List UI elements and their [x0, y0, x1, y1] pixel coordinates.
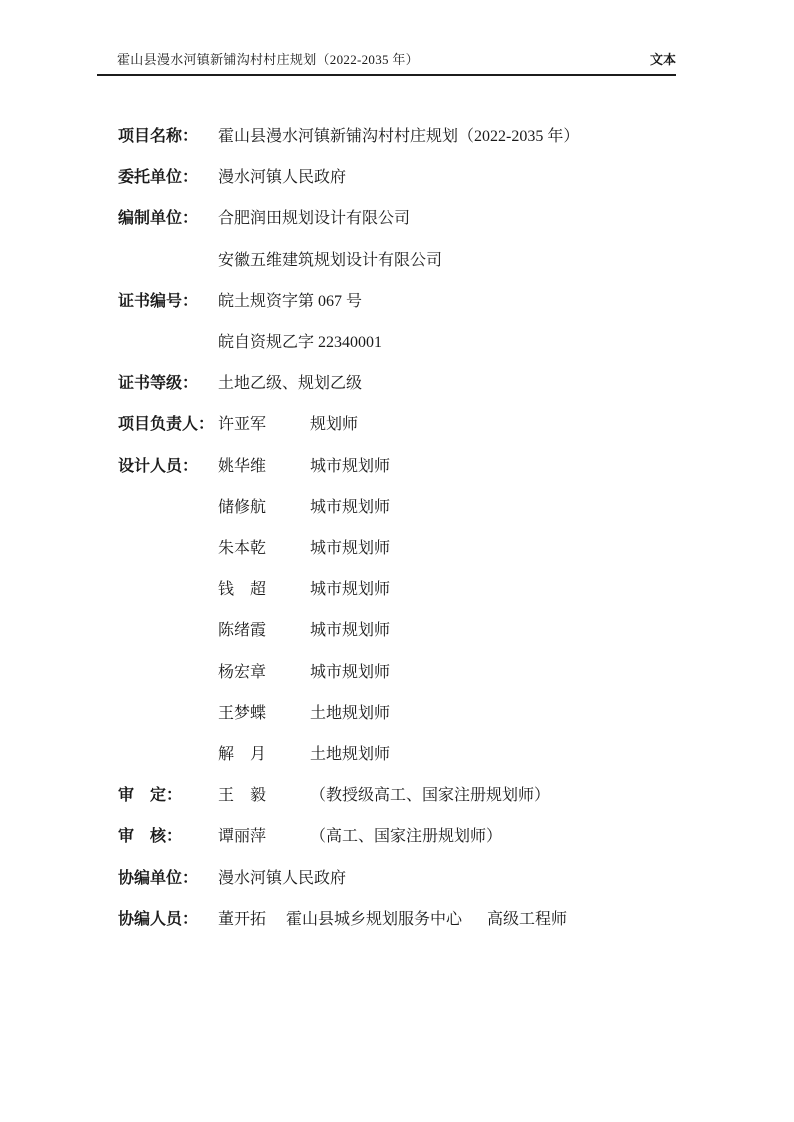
field-label: 证书等级： — [118, 363, 218, 404]
person-title: 规划师 — [310, 404, 358, 445]
person-name: 陈绪霞 — [218, 610, 310, 651]
person-name: 谭丽萍 — [218, 816, 310, 857]
field-row-co-compiler-unit: 协编单位： 漫水河镇人民政府 — [118, 858, 579, 899]
field-line: 董开拓霍山县城乡规划服务中心高级工程师 — [218, 899, 567, 940]
person-name: 王梦蝶 — [218, 693, 310, 734]
person-title: 城市规划师 — [310, 652, 390, 693]
field-label: 协编单位： — [118, 858, 218, 899]
field-value: 安徽五维建筑规划设计有限公司 — [218, 240, 442, 281]
field-line: 储修航城市规划师 — [218, 487, 390, 528]
field-row-approver: 审 定： 王 毅（教授级高工、国家注册规划师） — [118, 775, 579, 816]
field-line: 王 毅（教授级高工、国家注册规划师） — [218, 775, 550, 816]
field-line: 钱 超城市规划师 — [218, 569, 390, 610]
header-title: 霍山县漫水河镇新铺沟村村庄规划（2022-2035 年） — [117, 49, 419, 68]
field-line: 许亚军规划师 — [218, 404, 358, 445]
field-value: 霍山县漫水河镇新铺沟村村庄规划（2022-2035 年） — [218, 116, 579, 157]
field-row-compiler-unit: 编制单位： 合肥润田规划设计有限公司 安徽五维建筑规划设计有限公司 — [118, 198, 579, 280]
field-value: 合肥润田规划设计有限公司 — [218, 198, 410, 239]
person-title: 土地规划师 — [310, 693, 390, 734]
person-title: 土地规划师 — [310, 734, 390, 775]
person-name: 储修航 — [218, 487, 310, 528]
person-name: 许亚军 — [218, 404, 310, 445]
person-organization: 霍山县城乡规划服务中心 — [286, 899, 462, 940]
header-doc-type-label: 文本 — [650, 49, 676, 68]
page-header: 霍山县漫水河镇新铺沟村村庄规划（2022-2035 年） 文本 — [97, 49, 676, 76]
person-title: 城市规划师 — [310, 610, 390, 651]
field-line: 王梦蝶土地规划师 — [218, 693, 390, 734]
person-name: 钱 超 — [218, 569, 310, 610]
field-label: 项目负责人： — [118, 404, 218, 445]
field-row-co-compiler-staff: 协编人员： 董开拓霍山县城乡规划服务中心高级工程师 — [118, 899, 579, 940]
field-label: 协编人员： — [118, 899, 218, 940]
field-value: 漫水河镇人民政府 — [218, 157, 346, 198]
field-row-project-name: 项目名称： 霍山县漫水河镇新铺沟村村庄规划（2022-2035 年） — [118, 116, 579, 157]
person-name: 杨宏章 — [218, 652, 310, 693]
field-label: 审 核： — [118, 816, 218, 857]
person-name: 朱本乾 — [218, 528, 310, 569]
field-label: 证书编号： — [118, 281, 218, 322]
person-title: 城市规划师 — [310, 446, 390, 487]
document-body: 项目名称： 霍山县漫水河镇新铺沟村村庄规划（2022-2035 年） 委托单位：… — [118, 116, 579, 940]
document-page: 霍山县漫水河镇新铺沟村村庄规划（2022-2035 年） 文本 项目名称： 霍山… — [0, 0, 794, 1122]
field-row-reviewer: 审 核： 谭丽萍（高工、国家注册规划师） — [118, 816, 579, 857]
field-line: 皖自资规乙字 22340001 — [218, 322, 382, 363]
field-line: 杨宏章城市规划师 — [218, 652, 390, 693]
field-label: 设计人员： — [118, 446, 218, 487]
field-label: 委托单位： — [118, 157, 218, 198]
field-line: 漫水河镇人民政府 — [218, 157, 346, 198]
person-title: （教授级高工、国家注册规划师） — [310, 775, 550, 816]
field-label: 项目名称： — [118, 116, 218, 157]
field-line: 姚华维城市规划师 — [218, 446, 390, 487]
field-line: 合肥润田规划设计有限公司 — [218, 198, 442, 239]
field-row-certificate-grade: 证书等级： 土地乙级、规划乙级 — [118, 363, 579, 404]
field-line: 朱本乾城市规划师 — [218, 528, 390, 569]
field-label: 审 定： — [118, 775, 218, 816]
field-row-designers: 设计人员： 姚华维城市规划师 储修航城市规划师 朱本乾城市规划师 钱 超城市规划… — [118, 446, 579, 776]
field-row-certificate-number: 证书编号： 皖土规资字第 067 号 皖自资规乙字 22340001 — [118, 281, 579, 363]
person-name: 董开拓 — [218, 899, 266, 940]
field-line: 谭丽萍（高工、国家注册规划师） — [218, 816, 502, 857]
field-line: 解 月土地规划师 — [218, 734, 390, 775]
field-row-project-leader: 项目负责人： 许亚军规划师 — [118, 404, 579, 445]
field-line: 皖土规资字第 067 号 — [218, 281, 382, 322]
person-name: 王 毅 — [218, 775, 310, 816]
person-name: 解 月 — [218, 734, 310, 775]
field-line: 漫水河镇人民政府 — [218, 858, 346, 899]
field-line: 霍山县漫水河镇新铺沟村村庄规划（2022-2035 年） — [218, 116, 579, 157]
person-title: 城市规划师 — [310, 487, 390, 528]
field-line: 安徽五维建筑规划设计有限公司 — [218, 240, 442, 281]
field-label: 编制单位： — [118, 198, 218, 239]
person-name: 姚华维 — [218, 446, 310, 487]
field-value: 土地乙级、规划乙级 — [218, 363, 362, 404]
field-line: 土地乙级、规划乙级 — [218, 363, 362, 404]
field-value: 皖自资规乙字 22340001 — [218, 322, 382, 363]
person-title: 高级工程师 — [487, 899, 567, 940]
person-title: （高工、国家注册规划师） — [310, 816, 502, 857]
field-line: 陈绪霞城市规划师 — [218, 610, 390, 651]
person-title: 城市规划师 — [310, 528, 390, 569]
field-value: 漫水河镇人民政府 — [218, 858, 346, 899]
person-title: 城市规划师 — [310, 569, 390, 610]
field-value: 皖土规资字第 067 号 — [218, 281, 362, 322]
field-row-client-unit: 委托单位： 漫水河镇人民政府 — [118, 157, 579, 198]
